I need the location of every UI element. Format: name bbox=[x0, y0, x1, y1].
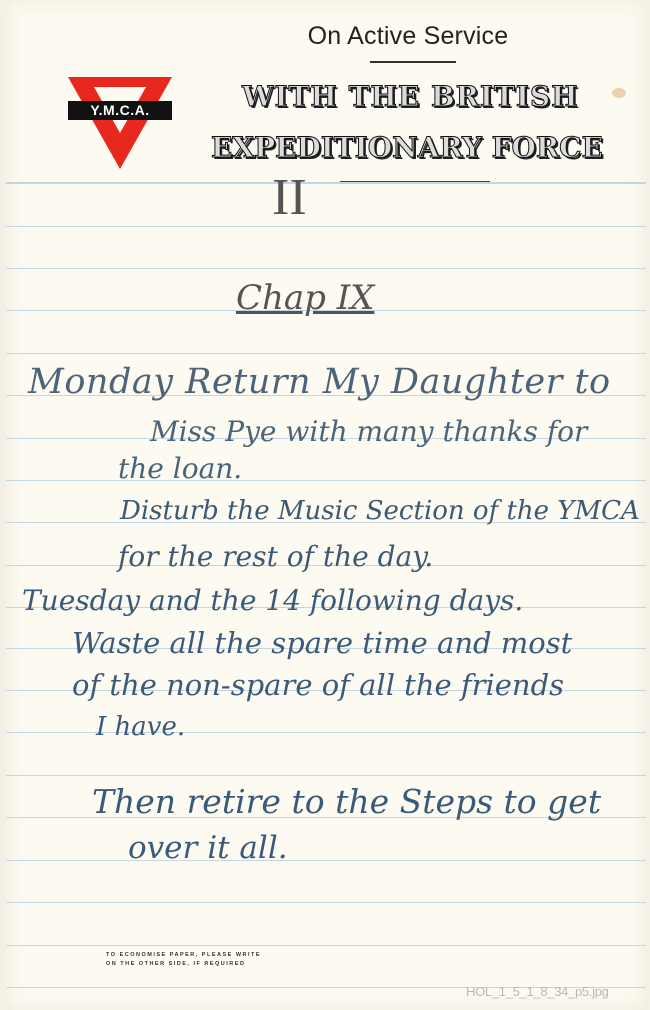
diary-line: Disturb the Music Section of the YMCA bbox=[120, 496, 640, 526]
image-filename-watermark: HOL_1_5_1_8_34_p5.jpg bbox=[466, 984, 609, 999]
page-number: II bbox=[272, 168, 307, 227]
on-active-service-heading: On Active Service bbox=[258, 22, 558, 51]
diary-line: Then retire to the Steps to get bbox=[92, 782, 601, 821]
diary-line: of the non-spare of all the friends bbox=[72, 668, 564, 702]
ymca-triangle-logo-icon bbox=[68, 77, 172, 169]
letterhead-title-line-2: EXPEDITIONARY FORCE bbox=[211, 131, 603, 164]
diary-line: Tuesday and the 14 following days. bbox=[22, 584, 523, 617]
diary-line: for the rest of the day. bbox=[118, 540, 433, 573]
diary-line: I have. bbox=[96, 712, 185, 742]
diary-line: over it all. bbox=[128, 830, 288, 866]
header-divider-long bbox=[340, 181, 490, 182]
diary-line: Miss Pye with many thanks for bbox=[150, 415, 587, 448]
paper-stain bbox=[612, 88, 626, 98]
printed-footer-note: TO ECONOMISE PAPER, PLEASE WRITE ON THE … bbox=[106, 951, 261, 969]
ruled-line bbox=[6, 945, 646, 946]
ruled-line bbox=[6, 353, 646, 354]
diary-line: the loan. bbox=[118, 452, 242, 485]
ruled-line bbox=[6, 226, 646, 227]
ruled-line bbox=[6, 860, 646, 861]
footer-line-1: TO ECONOMISE PAPER, PLEASE WRITE bbox=[106, 951, 261, 960]
ymca-logo-text: Y.M.C.A. bbox=[68, 101, 172, 120]
ruled-line bbox=[6, 183, 646, 184]
letterhead-title-line-1: WITH THE BRITISH bbox=[242, 80, 579, 113]
ruled-line bbox=[6, 268, 646, 269]
diary-line: Waste all the spare time and most bbox=[72, 626, 572, 660]
ruled-line bbox=[6, 902, 646, 903]
chapter-heading: Chap IX bbox=[236, 278, 374, 318]
footer-line-2: ON THE OTHER SIDE, IF REQUIRED bbox=[106, 960, 261, 969]
header-divider bbox=[370, 61, 456, 63]
ruled-line bbox=[6, 480, 646, 481]
diary-line: Monday Return My Daughter to bbox=[28, 362, 611, 402]
ruled-line bbox=[6, 775, 646, 776]
